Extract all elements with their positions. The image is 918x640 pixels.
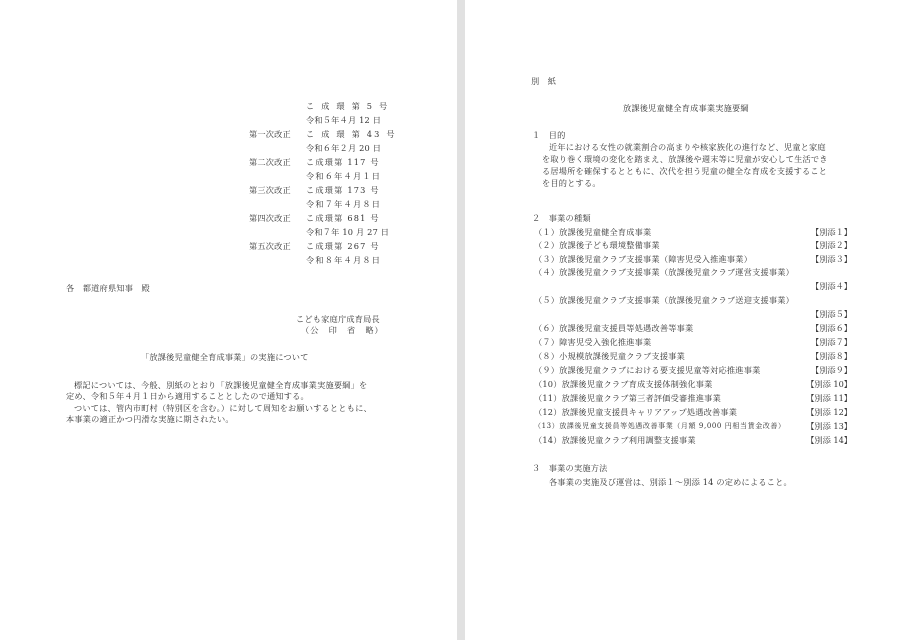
subject-title: 「放課後児童健全育成事業」の実施について	[141, 352, 309, 363]
project-item: （６）放課後児童支援員等処遇改善等事業 【別添６】	[534, 323, 852, 334]
appendix-ref: 【別添１】	[811, 227, 852, 238]
project-item: （３）放課後児童クラブ支援事業（障害児受入推進事業） 【別添３】	[534, 254, 852, 265]
doc-number: こ 成 環 第 5 号	[306, 101, 389, 112]
body-line: 定め、令和５年４月１日から適用することとしたので通知する。	[66, 391, 309, 402]
appendix-ref: 【別添 13】	[806, 421, 852, 432]
project-item: （14）放課後児童クラブ利用調整支援事業 【別添 14】	[534, 435, 852, 446]
project-label: （３）放課後児童クラブ支援事業（障害児受入推進事業）	[534, 254, 752, 265]
appendix-ref: 【別添４】	[811, 281, 852, 292]
project-label: （12）放課後児童支援員キャリアアップ処遇改善事業	[534, 407, 737, 418]
doc-number: こ成環第 173 号	[306, 185, 380, 196]
doc-date: 令和６年２月 20 日	[306, 143, 381, 154]
project-item: （12）放課後児童支援員キャリアアップ処遇改善事業 【別添 12】	[534, 407, 852, 418]
project-item: （10）放課後児童クラブ育成支援体制強化事業 【別添 10】	[534, 379, 852, 390]
appendix-ref: 【別添 11】	[806, 393, 852, 404]
doc-number: こ成環第 117 号	[306, 157, 380, 168]
project-item: （８）小規模放課後児童クラブ支援事業 【別添８】	[534, 351, 852, 362]
project-label: （14）放課後児童クラブ利用調整支援事業	[534, 435, 696, 446]
appendix-ref: 【別添８】	[811, 351, 852, 362]
revision-label: 第二次改正	[249, 157, 291, 168]
appendix-ref: 【別添９】	[811, 365, 852, 376]
project-label: （11）放課後児童クラブ第三者評価受審推進事業	[534, 393, 721, 404]
body-line: ついては、管内市町村（特別区を含む。）に対して周知をお願いするとともに、	[74, 403, 372, 414]
section-body-line: る居場所を確保するとともに、次代を担う児童の健全な育成を支援すること	[542, 166, 827, 177]
appendix-ref: 【別添 10】	[806, 379, 852, 390]
doc-date: 令和５年４月 12 日	[306, 115, 381, 126]
page-gutter	[457, 0, 465, 640]
project-label: （１）放課後児童健全育成事業	[534, 227, 651, 238]
doc-date: 令和７年４月８日	[306, 199, 381, 210]
project-item: （７）障害児受入強化推進事業 【別添７】	[534, 337, 852, 348]
document-page-right	[465, 0, 918, 640]
revision-label: 第四次改正	[249, 213, 291, 224]
section-body-line: 近年における女性の就業割合の高まりや核家族化の進行など、児童と家庭	[549, 142, 826, 153]
appendix-ref: 【別添 14】	[806, 435, 852, 446]
section-body-line: 各事業の実施及び運営は、別添１～別添 14 の定めによること。	[549, 477, 792, 488]
project-item: （９）放課後児童クラブにおける要支援児童等対応推進事業 【別添９】	[534, 365, 852, 376]
appendix-ref: 【別添２】	[811, 240, 852, 251]
guideline-title: 放課後児童健全育成事業実施要綱	[623, 103, 749, 114]
doc-number: こ 成 環 第 43 号	[306, 129, 397, 140]
project-item: （５）放課後児童クラブ支援事業（放課後児童クラブ送迎支援事業） 【別添５】	[534, 295, 852, 320]
attachment-label: 別 紙	[531, 76, 556, 87]
doc-number: こ成環第 267 号	[306, 241, 380, 252]
project-label: （10）放課後児童クラブ育成支援体制強化事業	[534, 379, 713, 390]
project-item: （13）放課後児童支援員等処遇改善事業（月額 9,000 円相当賃金改善） 【別…	[534, 421, 852, 432]
sender: こども家庭庁成育局長	[296, 314, 380, 325]
project-label: （８）小規模放課後児童クラブ支援事業	[534, 351, 685, 362]
addressee: 各 都道府県知事 殿	[66, 283, 150, 294]
project-item: （４）放課後児童クラブ支援事業（放課後児童クラブ運営支援事業） 【別添４】	[534, 267, 852, 292]
project-label: （７）障害児受入強化推進事業	[534, 337, 651, 348]
section-heading: １ 目的	[532, 130, 566, 141]
appendix-ref: 【別添６】	[811, 323, 852, 334]
project-item: （11）放課後児童クラブ第三者評価受審推進事業 【別添 11】	[534, 393, 852, 404]
project-item: （１）放課後児童健全育成事業 【別添１】	[534, 227, 852, 238]
appendix-ref: 【別添７】	[811, 337, 852, 348]
project-item: （２）放課後子ども環境整備事業 【別添２】	[534, 240, 852, 251]
revision-label: 第五次改正	[249, 241, 291, 252]
appendix-ref: 【別添５】	[811, 309, 852, 320]
appendix-ref: 【別添３】	[811, 254, 852, 265]
revision-label: 第三次改正	[249, 185, 291, 196]
project-label: （13）放課後児童支援員等処遇改善事業（月額 9,000 円相当賃金改善）	[534, 421, 786, 432]
doc-date: 令和８年４月８日	[306, 255, 381, 266]
doc-date: 令和６年４月１日	[306, 171, 381, 182]
project-label: （５）放課後児童クラブ支援事業（放課後児童クラブ送迎支援事業）	[534, 295, 794, 306]
body-line: 標記については、今般、別紙のとおり「放課後児童健全育成事業実施要綱」を	[74, 380, 367, 391]
project-label: （９）放課後児童クラブにおける要支援児童等対応推進事業	[534, 365, 760, 376]
appendix-ref: 【別添 12】	[806, 407, 852, 418]
doc-number: こ成環第 681 号	[306, 213, 380, 224]
section-heading: ３ 事業の実施方法	[532, 463, 608, 474]
doc-date: 令和７年 10 月 27 日	[306, 227, 389, 238]
project-label: （４）放課後児童クラブ支援事業（放課後児童クラブ運営支援事業）	[534, 267, 794, 278]
section-body-line: を取り巻く環境の変化を踏まえ、放課後や週末等に児童が安心して生活でき	[542, 154, 828, 165]
section-heading: ２ 事業の種類	[532, 213, 591, 224]
revision-label: 第一次改正	[249, 129, 291, 140]
seal-note: （公 印 省 略）	[301, 325, 384, 336]
project-label: （２）放課後子ども環境整備事業	[534, 240, 660, 251]
section-body-line: を目的とする。	[542, 178, 601, 189]
project-label: （６）放課後児童支援員等処遇改善等事業	[534, 323, 693, 334]
document-page-left	[0, 0, 457, 640]
body-line: 本事業の適正かつ円滑な実施に期されたい。	[66, 414, 234, 425]
